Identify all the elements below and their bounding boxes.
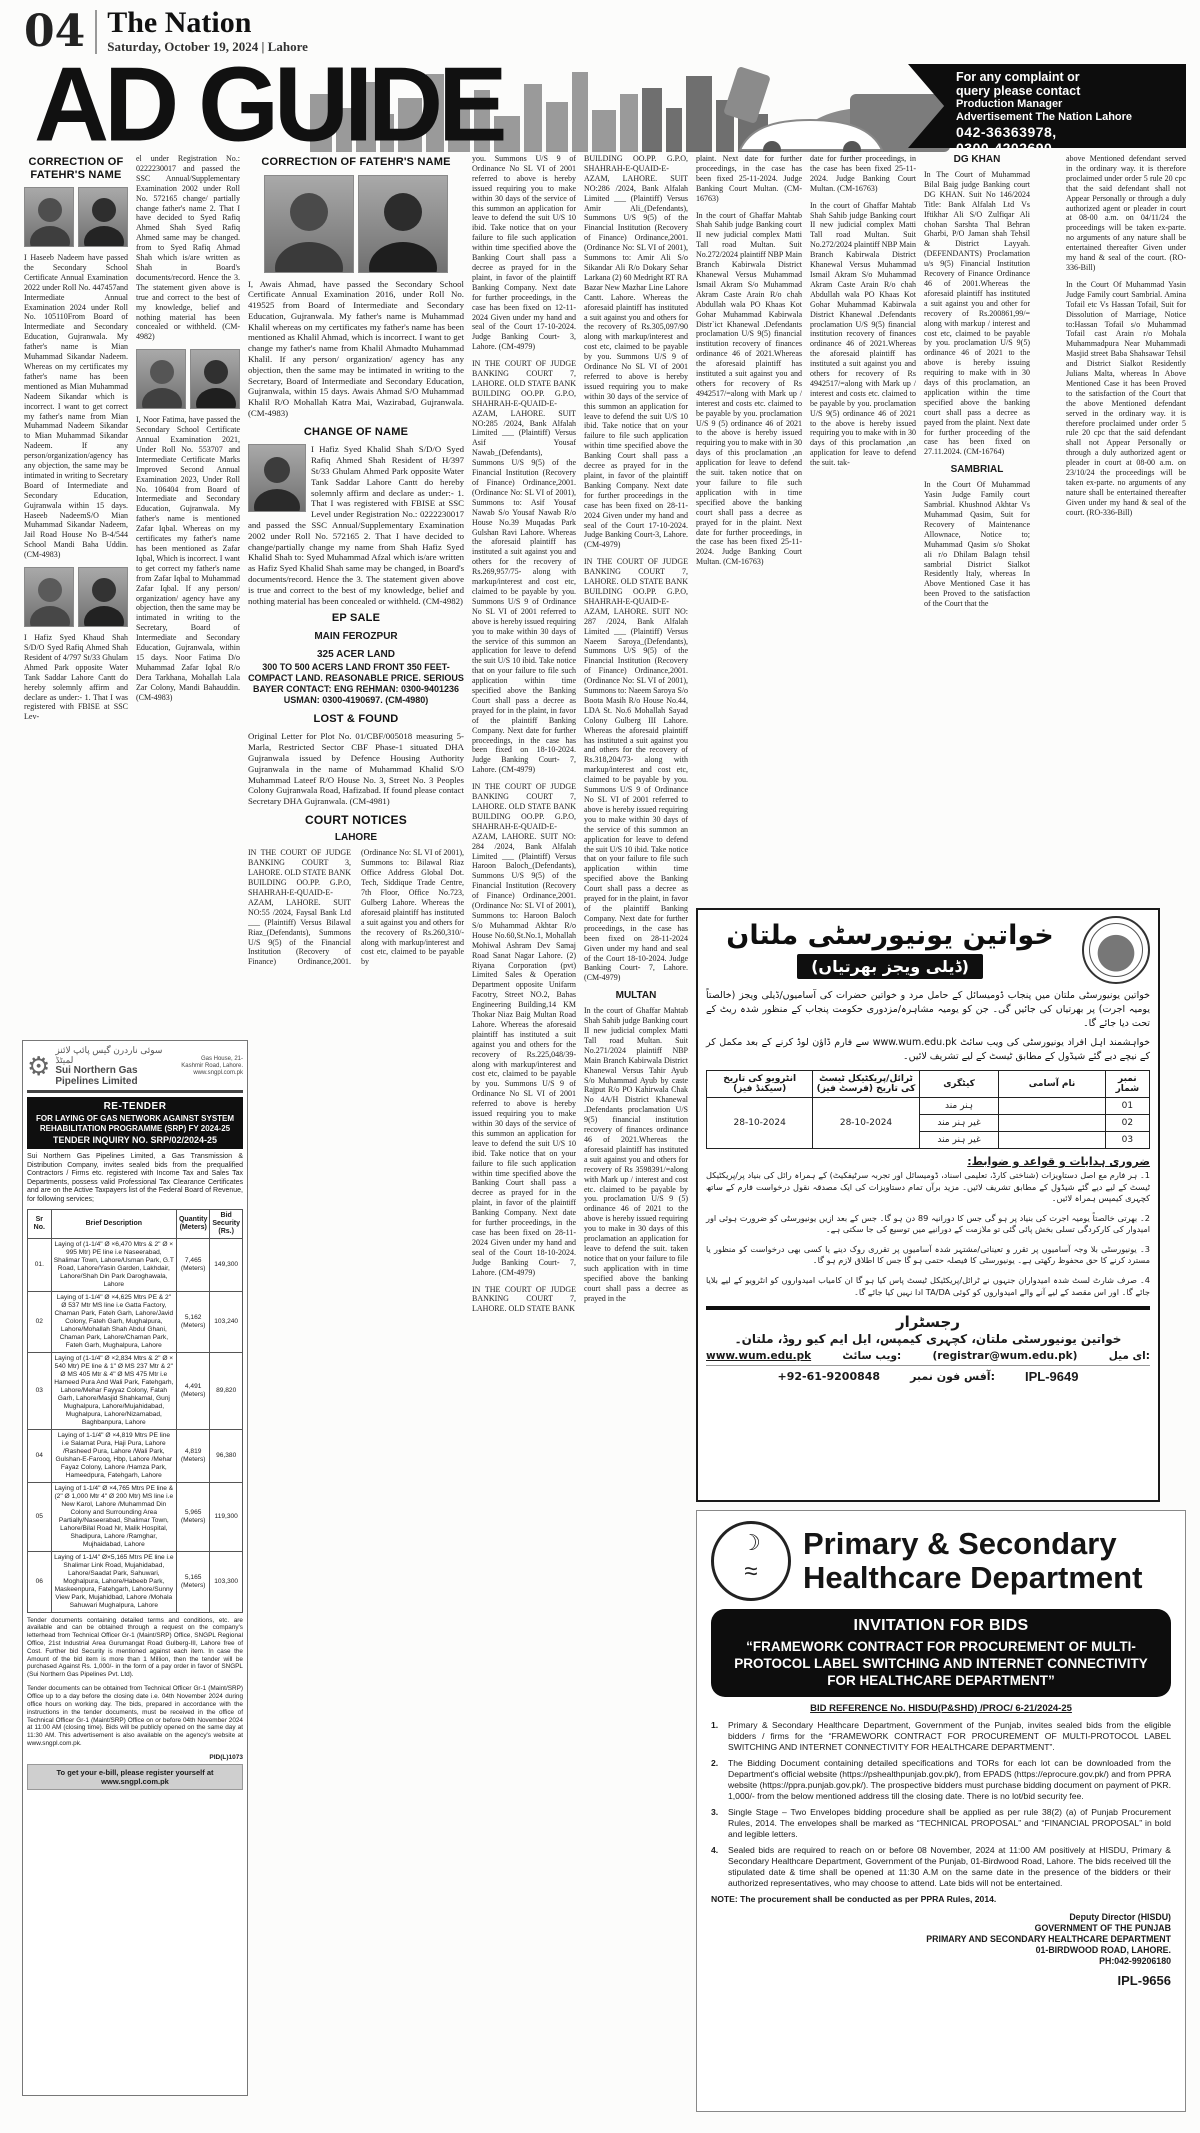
- tender-table-header: Sr No. Brief Description Quantity (Meter…: [28, 1209, 243, 1238]
- cell-desc: Laying of 1-1/4" Ø ×4,819 Mtrs PE line i…: [51, 1429, 176, 1482]
- col-header-qty: Quantity (Meters): [176, 1209, 209, 1238]
- portrait-photo: [78, 567, 128, 627]
- ad-guide-banner: AD GUIDE For any complaint or query plea…: [20, 60, 1186, 152]
- court-notice-suit-284: IN THE COURT OF JUDGE BANKING COURT 7, L…: [472, 782, 576, 1277]
- contact-line: For any complaint or: [956, 70, 1176, 84]
- women-university-logo: [1082, 916, 1150, 984]
- subheading-lahore: LAHORE: [248, 832, 464, 843]
- cell-bid: 103,300: [210, 1551, 243, 1612]
- cell-desc: Laying of (1-1/4" Ø ×2,834 Mtrs & 2" Ø ×…: [51, 1352, 176, 1429]
- col-header-interview-date: انٹرویو کی تاریخ (سیکنڈ فیز): [707, 1071, 813, 1098]
- framework-contract-title: “FRAMEWORK CONTRACT FOR PROCUREMENT OF M…: [723, 1638, 1159, 1689]
- col-header-bid: Bid Security (Rs.): [210, 1209, 243, 1238]
- cell-qty: 5,165 (Meters): [176, 1551, 209, 1612]
- registrar-address: خواتین یونیورسٹی ملتان، کچہری کیمپس، ایل…: [706, 1332, 1150, 1346]
- table-row: 01 ہنر مند 28-10-2024 28-10-2024: [707, 1098, 1150, 1115]
- cell-post: [999, 1098, 1105, 1115]
- cell-serial: 01: [1105, 1098, 1149, 1115]
- cell-bid: 103,240: [210, 1291, 243, 1352]
- bid-item-3: 3. Single Stage – Two Envelopes bidding …: [711, 1807, 1171, 1840]
- correction-notice-text: I, Noor Fatima, have passed the Secondar…: [136, 415, 240, 702]
- section-heading-court-notices: COURT NOTICES: [248, 814, 464, 827]
- urdu-ad-title: خواتین یونیورسٹی ملتان: [706, 921, 1074, 951]
- court-notice-suit-287: IN THE COURT OF JUDGE BANKING COURT 7, L…: [584, 557, 688, 983]
- column-6: BUILDING OO.PP. G.P.O, SHAHRAH-E-QUAID-E…: [584, 154, 688, 2112]
- sngpl-gear-logo-icon: ⚙: [27, 1053, 50, 1079]
- cell-qty: 7,465 (Meters): [176, 1238, 209, 1291]
- cell-desc: Laying of 1-1/4" Ø×5,165 Mtrs PE line i.…: [51, 1551, 176, 1612]
- sngpl-address: Gas House, 21-Kashmir Road, Lahore. www.…: [181, 1056, 243, 1077]
- tender-programme: FOR LAYING OF GAS NETWORK AGAINST SYSTEM…: [29, 1114, 241, 1133]
- pid-number: PID(L)1073: [27, 1754, 243, 1761]
- cell-bid: 89,820: [210, 1352, 243, 1429]
- court-notice-sambrial: In the Court Of Muhammad Yasin Judge Fam…: [924, 480, 1030, 609]
- bid-reference: BID REFERENCE No. HISDU(P&SHD) /PROC/ 6-…: [711, 1703, 1171, 1714]
- cell-qty: 4,819 (Meters): [176, 1429, 209, 1482]
- notice-photos: [248, 175, 464, 273]
- tender-table: Sr No. Brief Description Quantity (Meter…: [27, 1209, 243, 1613]
- cell-desc: Laying of 1-1/4" Ø ×4,765 Mtrs PE line &…: [51, 1482, 176, 1551]
- court-notice-continued: plaint. Next date for further proceeding…: [696, 154, 802, 204]
- sngpl-tender-ad: ⚙ سوئی ناردرن گیس پائپ لائنز لمیٹڈ Sui N…: [22, 1040, 248, 2096]
- cell-qty: 4,491 (Meters): [176, 1352, 209, 1429]
- correction-notice-text: I Haseeb Nadeem have passed the Secondar…: [24, 253, 128, 560]
- notice-photos: [24, 567, 128, 627]
- table-header-row: نمبر شمار نام آسامی کیٹگری ٹرائل/پریکٹیک…: [707, 1071, 1150, 1098]
- cell-desc: Laying of (1-1/4" Ø ×6,470 Mtrs & 2" Ø ×…: [51, 1238, 176, 1291]
- notice-photos: [136, 349, 240, 409]
- table-row: 04Laying of 1-1/4" Ø ×4,819 Mtrs PE line…: [28, 1429, 243, 1482]
- cell-qty: 5,965 (Meters): [176, 1482, 209, 1551]
- contact-line: query please contact: [956, 84, 1176, 98]
- hc-title-line2: Healthcare Department: [803, 1561, 1142, 1595]
- email-address: (registrar@wum.edu.pk): [933, 1350, 1078, 1362]
- newspaper-page: 04 The Nation Saturday, October 19, 2024…: [0, 0, 1200, 2133]
- court-notice-dg-khan: In The Court of Muhammad Bilal Baig judg…: [924, 170, 1030, 457]
- ad-guide-title: AD GUIDE: [34, 45, 502, 166]
- item-number: 3.: [711, 1807, 721, 1840]
- table-row: 06Laying of 1-1/4" Ø×5,165 Mtrs PE line …: [28, 1551, 243, 1612]
- section-heading-lost-found: LOST & FOUND: [248, 713, 464, 726]
- rule-item: 2۔ بھرتی خالصتاً یومیہ اجرت کی بنیاد پر …: [706, 1213, 1150, 1236]
- recruitment-schedule-table: نمبر شمار نام آسامی کیٹگری ٹرائل/پریکٹیک…: [706, 1070, 1150, 1149]
- registrar-title: رجسٹرار: [706, 1313, 1150, 1331]
- urdu-intro-2: خواہشمند اہل افراد یونیورسٹی کی ویب سائٹ…: [706, 1036, 1150, 1064]
- cell-desc: Laying of 1-1/4" Ø ×4,625 Mtrs PE & 2" Ø…: [51, 1291, 176, 1352]
- contact-line: Production Manager: [956, 98, 1176, 111]
- court-notice-suit-271: In the court of Ghaffar Mahtab Shah Sahi…: [584, 1006, 688, 1303]
- cell-category: غیر ہنر مند: [919, 1132, 999, 1149]
- cell-sr: 06: [28, 1551, 52, 1612]
- tender-intro: Sui Northern Gas Pipelines Limited, a Ga…: [27, 1153, 243, 1205]
- court-notice-suit-285: IN THE COURT OF JUDGE BANKING COURT 7, L…: [472, 359, 576, 775]
- signature-address: 01-BIRDWOOD ROAD, LAHORE.: [711, 1945, 1171, 1956]
- col-header-post: نام آسامی: [999, 1071, 1105, 1098]
- cell-sr: 05: [28, 1482, 52, 1551]
- portrait-photo: [190, 349, 240, 409]
- col-header-desc: Brief Description: [51, 1209, 176, 1238]
- rules-heading: ضروری ہدایات و قواعد و ضوابط:: [706, 1155, 1150, 1168]
- column-2: el under Registration No.: 0222230017 an…: [136, 154, 240, 1036]
- column-9: DG KHAN In The Court of Muhammad Bilal B…: [924, 154, 1030, 902]
- sngpl-name-english: Sui Northern Gas Pipelines Limited: [55, 1065, 176, 1087]
- col-header-test-date: ٹرائل/پریکٹیکل ٹیسٹ کی تاریخ (فرسٹ فیز): [813, 1071, 919, 1098]
- col-header-sr: Sr No.: [28, 1209, 52, 1238]
- ipl-number: IPL-9649: [1025, 1369, 1078, 1384]
- banner-contact-box: For any complaint or query please contac…: [908, 64, 1186, 148]
- section-heading-ep-sale: EP SALE: [248, 612, 464, 625]
- column-7: plaint. Next date for further proceeding…: [696, 154, 802, 902]
- sngpl-header: ⚙ سوئی ناردرن گیس پائپ لائنز لمیٹڈ Sui N…: [27, 1045, 243, 1093]
- affidavit-notice-continued: el under Registration No.: 0222230017 an…: [136, 154, 240, 342]
- column-8: date for further proceedings, in the cas…: [810, 154, 916, 902]
- tender-title-box: RE-TENDER FOR LAYING OF GAS NETWORK AGAI…: [27, 1097, 243, 1149]
- court-notice-continued: you. Summons U/S 9 of Ordinance No SL VI…: [472, 154, 576, 352]
- bid-item-1: 1. Primary & Secondary Healthcare Depart…: [711, 1720, 1171, 1753]
- email-label: ای میل:: [1109, 1350, 1150, 1362]
- column-5: you. Summons U/S 9 of Ordinance No SL VI…: [472, 154, 576, 2112]
- ep-sale-line: MAIN FEROZPUR: [248, 631, 464, 642]
- healthcare-department-ad: Primary & Secondary Healthcare Departmen…: [696, 1510, 1186, 2112]
- table-row: 01.Laying of (1-1/4" Ø ×6,470 Mtrs & 2" …: [28, 1238, 243, 1291]
- tender-terms-1: Tender documents containing detailed ter…: [27, 1617, 243, 1679]
- website-label: ویب سائٹ:: [842, 1350, 901, 1362]
- hc-title-line1: Primary & Secondary: [803, 1527, 1142, 1561]
- notice-photos: [24, 187, 128, 247]
- col-header-serial: نمبر شمار: [1105, 1071, 1149, 1098]
- invitation-title: INVITATION FOR BIDS: [723, 1617, 1159, 1635]
- cell-bid: 149,300: [210, 1238, 243, 1291]
- urdu-intro-1: خواتین یونیورسٹی ملتان میں پنجاب ڈومیسائ…: [706, 989, 1150, 1031]
- court-notice-suit-286: BUILDING OO.PP. G.P.O, SHAHRAH-E-QUAID-E…: [584, 154, 688, 550]
- subheading-multan: MULTAN: [584, 990, 688, 1001]
- court-notice-suit-272: In the court of Ghaffar Mahtab Shah Sahi…: [696, 211, 802, 568]
- court-notice-continued: date for further proceedings, in the cas…: [810, 154, 916, 194]
- phone-label: آفس فون نمبر:: [910, 1370, 995, 1383]
- correction-notice-text: I, Awais Ahmad, have passed the Secondar…: [248, 279, 464, 419]
- table-row: 05Laying of 1-1/4" Ø ×4,765 Mtrs PE line…: [28, 1482, 243, 1551]
- column-3-4-wide: CORRECTION OF FATEHR'S NAME I, Awais Ahm…: [248, 154, 464, 2112]
- portrait-photo: [248, 444, 306, 512]
- cell-post: [999, 1115, 1105, 1132]
- signature-title: Deputy Director (HISDU): [711, 1912, 1171, 1923]
- signature-government: GOVERNMENT OF THE PUNJAB: [711, 1923, 1171, 1934]
- tender-inquiry-no: TENDER INQUIRY NO. SRP/02/2024-25: [29, 1135, 241, 1145]
- cell-test-date: 28-10-2024: [813, 1098, 919, 1149]
- procurement-note: NOTE: The procurement shall be conducted…: [711, 1894, 1171, 1904]
- table-row: 02Laying of 1-1/4" Ø ×4,625 Mtrs PE & 2"…: [28, 1291, 243, 1352]
- lost-found-text: Original Letter for Plot No. 01/CBF/0050…: [248, 731, 464, 807]
- table-row: 03Laying of (1-1/4" Ø ×2,834 Mtrs & 2" Ø…: [28, 1352, 243, 1429]
- signature-phone: PH:042-99206180: [711, 1956, 1171, 1967]
- column-1: CORRECTION OF FATEHR'S NAME I Haseeb Nad…: [24, 154, 128, 1036]
- ep-sale-text: 300 TO 500 ACERS LAND FRONT 350 FEET- CO…: [248, 662, 464, 706]
- court-notice-dissolution: In the Court Of Muhammad Yasin Judge Fam…: [1066, 280, 1186, 518]
- cell-sr: 04: [28, 1429, 52, 1482]
- contact-phone: 042-36363978,: [956, 124, 1176, 140]
- ebill-strip: To get your e-bill, please register your…: [27, 1764, 243, 1790]
- invitation-for-bids-box: INVITATION FOR BIDS “FRAMEWORK CONTRACT …: [711, 1609, 1171, 1697]
- urdu-ad-subtitle: (ڈیلی ویجز بھرتیاں): [797, 954, 983, 979]
- ep-sale-line: 325 ACER LAND: [248, 649, 464, 660]
- cell-sr: 03: [28, 1352, 52, 1429]
- portrait-photo: [358, 175, 448, 273]
- cell-category: ہنر مند: [919, 1098, 999, 1115]
- court-notice-multan: In the court of Ghaffar Mahtab Shah Sahi…: [810, 201, 916, 468]
- court-notice-suit-286-start: IN THE COURT OF JUDGE BANKING COURT 7, L…: [472, 1285, 576, 1315]
- punjab-government-logo: [711, 1521, 791, 1601]
- cell-bid: 96,380: [210, 1429, 243, 1482]
- paper-masthead: The Nation: [107, 8, 308, 38]
- bid-item-4: 4. Sealed bids are required to reach on …: [711, 1845, 1171, 1889]
- rule-item: 4۔ صرف شارٹ لسٹ شدہ امیدواران جنہوں نے ٹ…: [706, 1275, 1150, 1298]
- item-number: 1.: [711, 1720, 721, 1753]
- cell-interview-date: 28-10-2024: [707, 1098, 813, 1149]
- cell-bid: 119,300: [210, 1482, 243, 1551]
- office-phone: +92-61-9200848: [778, 1370, 881, 1383]
- item-number: 2.: [711, 1758, 721, 1802]
- column-10: above Mentioned defendant served in the …: [1066, 154, 1186, 902]
- cell-post: [999, 1132, 1105, 1149]
- item-text: Sealed bids are required to reach on or …: [728, 1845, 1171, 1889]
- website-url: www.wum.edu.pk: [706, 1350, 811, 1362]
- women-university-multan-ad: خواتین یونیورسٹی ملتان (ڈیلی ویجز بھرتیا…: [696, 908, 1160, 1502]
- cell-sr: 01.: [28, 1238, 52, 1291]
- section-heading-change-of-name: CHANGE OF NAME: [248, 426, 464, 439]
- item-text: The Bidding Document containing detailed…: [728, 1758, 1171, 1802]
- cell-sr: 02: [28, 1291, 52, 1352]
- cell-qty: 5,162 (Meters): [176, 1291, 209, 1352]
- affidavit-notice-text: I Hafiz Syed Khaud Shah S/D/O Syed Rafiq…: [24, 633, 128, 722]
- item-text: Single Stage – Two Envelopes bidding pro…: [728, 1807, 1171, 1840]
- bid-item-2: 2. The Bidding Document containing detai…: [711, 1758, 1171, 1802]
- ipl-number: IPL-9656: [1118, 1973, 1171, 1988]
- rule-item: 1۔ ہر فارم مع اصل دستاویزات (شناختی کارڈ…: [706, 1170, 1150, 1205]
- col-header-category: کیٹگری: [919, 1071, 999, 1098]
- portrait-photo: [78, 187, 128, 247]
- portrait-photo: [24, 567, 74, 627]
- subheading-dg-khan: DG KHAN: [924, 154, 1030, 165]
- portrait-photo: [24, 187, 74, 247]
- cell-serial: 03: [1105, 1132, 1149, 1149]
- retender-title: RE-TENDER: [29, 1101, 241, 1112]
- portrait-photo: [136, 349, 186, 409]
- court-notice-faysal-bank: IN THE COURT OF JUDGE BANKING COURT 3, L…: [248, 848, 464, 967]
- subheading-sambrial: SAMBRIAL: [924, 464, 1030, 475]
- rule-item: 3۔ یونیورسٹی بلا وجہ آسامیوں پر تقرر و ت…: [706, 1244, 1150, 1267]
- sngpl-name-urdu: سوئی ناردرن گیس پائپ لائنز لمیٹڈ: [55, 1045, 176, 1065]
- portrait-photo: [264, 175, 354, 273]
- cell-category: غیر ہنر مند: [919, 1115, 999, 1132]
- signature-department: PRIMARY AND SECONDARY HEALTHCARE DEPARTM…: [711, 1934, 1171, 1945]
- tender-terms-2: Tender documents can be obtained from Te…: [27, 1685, 243, 1747]
- court-notice-sambrial-continued: above Mentioned defendant served in the …: [1066, 154, 1186, 273]
- item-text: Primary & Secondary Healthcare Departmen…: [728, 1720, 1171, 1753]
- contact-line: Advertisement The Nation Lahore: [956, 111, 1176, 124]
- cell-serial: 02: [1105, 1115, 1149, 1132]
- item-number: 4.: [711, 1845, 721, 1889]
